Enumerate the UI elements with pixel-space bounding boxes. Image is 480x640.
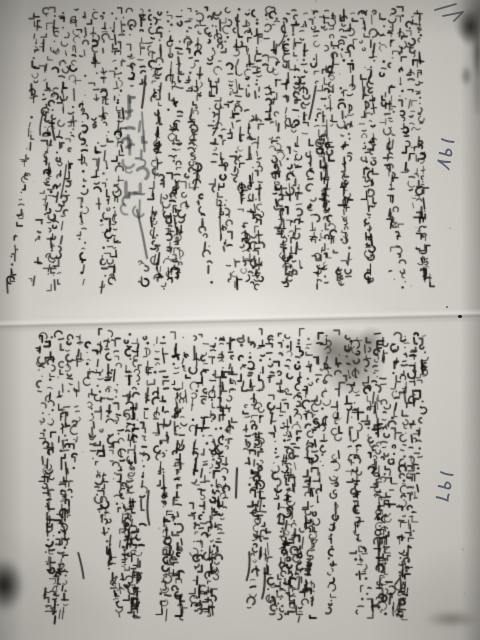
faint-smudge <box>424 610 480 628</box>
ink-speck <box>458 315 462 318</box>
ink-speck <box>163 288 165 290</box>
manuscript-text-canvas <box>0 0 480 640</box>
ink-speck <box>446 306 448 308</box>
corner-pencil-mark <box>433 1 473 25</box>
manuscript-photograph: Black-and-white photograph of a two-page… <box>0 0 480 640</box>
